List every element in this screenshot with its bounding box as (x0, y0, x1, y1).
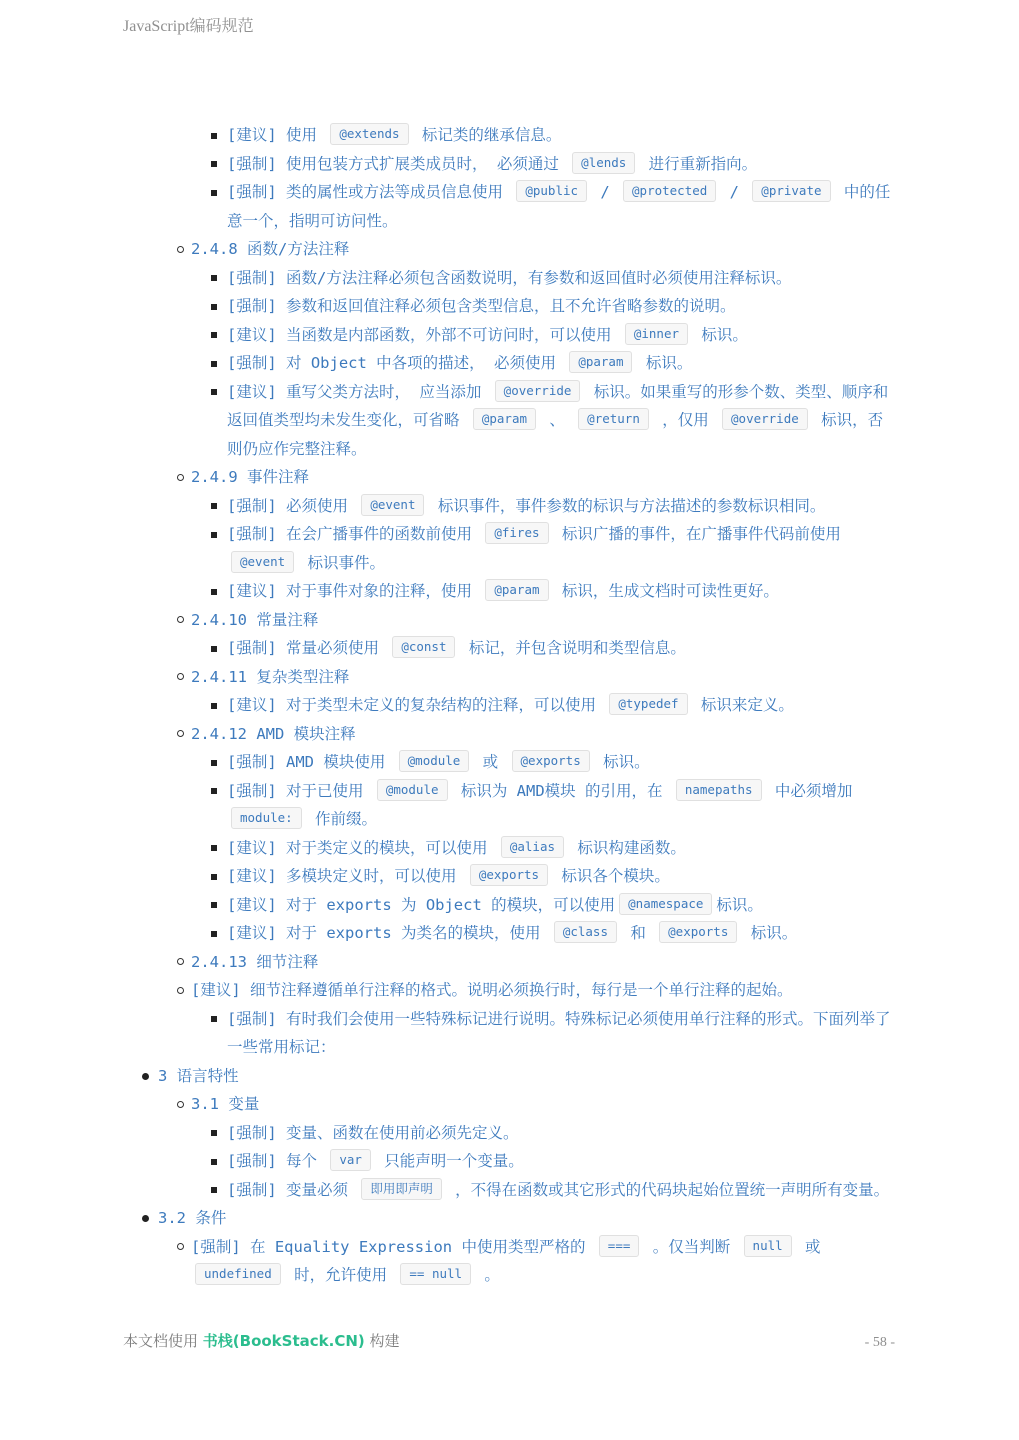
rule-item: [建议] 多模块定义时，可以使用 @exports 标识各个模块。 (123, 862, 895, 891)
square-bullet (211, 874, 217, 880)
square-bullet (211, 361, 217, 367)
rule-item: [强制] 有时我们会使用一些特殊标记进行说明。特殊标记必须使用单行注释的形式。下… (123, 1005, 895, 1062)
circle-bullet (177, 1243, 184, 1250)
rule-item: [强制] 参数和返回值注释必须包含类型信息，且不允许省略参数的说明。 (123, 292, 895, 321)
text-run: 或 (473, 753, 507, 771)
text-run: 标记，并包含说明和类型信息。 (459, 639, 685, 657)
rule-text: [强制] 参数和返回值注释必须包含类型信息，且不允许省略参数的说明。 (227, 297, 736, 315)
text-run: / (720, 183, 748, 201)
square-bullet (211, 788, 217, 794)
rule-text: [强制] 每个 var 只能声明一个变量。 (227, 1152, 524, 1170)
section-heading: 2.4.9 事件注释 (123, 463, 895, 492)
rule-item: [建议] 对于类定义的模块，可以使用 @alias 标识构建函数。 (123, 834, 895, 863)
text-run: 标识广播的事件，在广播事件代码前使用 (553, 525, 841, 543)
rule-text: [强制] 在会广播事件的函数前使用 @fires 标识广播的事件，在广播事件代码… (227, 525, 841, 572)
rule-text: [强制] AMD 模块使用 @module 或 @exports 标识。 (227, 753, 650, 771)
text-run: 、 (540, 411, 574, 429)
text-run: [强制] 函数/方法注释必须包含函数说明，有参数和返回值时必须使用注释标识。 (227, 269, 791, 287)
square-bullet (211, 1159, 217, 1165)
inline-code: @alias (501, 836, 564, 858)
square-bullet (211, 304, 217, 310)
rule-item: [强制] 函数/方法注释必须包含函数说明，有参数和返回值时必须使用注释标识。 (123, 264, 895, 293)
inline-code: === (599, 1235, 640, 1257)
circle-bullet (177, 1101, 184, 1108)
text-run: [建议] 对于类型未定义的复杂结构的注释，可以使用 (227, 696, 605, 714)
rule-text: 2.4.13 细节注释 (191, 953, 318, 971)
text-run: 标识事件，事件参数的标识与方法描述的参数标识相同。 (428, 497, 825, 515)
text-run: 2.4.11 复杂类型注释 (191, 668, 349, 686)
circle-bullet (177, 246, 184, 253)
document-header-title: JavaScript编码规范 (123, 13, 254, 36)
text-run: 标识。 (692, 326, 748, 344)
rule-text: [建议] 对于 exports 为类名的模块，使用 @class 和 @expo… (227, 924, 797, 942)
text-run: [强制] 使用包装方式扩展类成员时， 必须通过 (227, 155, 568, 173)
rule-item: [建议] 对于 exports 为 Object 的模块，可以使用@namesp… (123, 891, 895, 920)
section-heading: 3.1 变量 (123, 1090, 895, 1119)
inline-code: @inner (625, 323, 688, 345)
rule-text: [强制] 有时我们会使用一些特殊标记进行说明。特殊标记必须使用单行注释的形式。下… (227, 1010, 891, 1057)
inline-code: @fires (485, 522, 548, 544)
text-run: 2.4.12 AMD 模块注释 (191, 725, 356, 743)
circle-bullet (177, 958, 184, 965)
text-run: [强制] 常量必须使用 (227, 639, 388, 657)
rule-text: [强制] 对 Object 中各项的描述， 必须使用 @param 标识。 (227, 354, 692, 372)
inline-code: @override (495, 380, 581, 402)
circle-bullet (177, 673, 184, 680)
rule-item: [强制] 类的属性或方法等成员信息使用 @public / @protected… (123, 178, 895, 235)
disc-bullet (142, 1215, 149, 1222)
square-bullet (211, 503, 217, 509)
inline-code: namepaths (676, 779, 762, 801)
rule-text: [建议] 使用 @extends 标记类的继承信息。 (227, 126, 561, 144)
footer-note-prefix: 本文档使用 (123, 1332, 203, 1350)
section-heading: 2.4.11 复杂类型注释 (123, 663, 895, 692)
square-bullet (211, 1187, 217, 1193)
rule-item: [强制] 对 Object 中各项的描述， 必须使用 @param 标识。 (123, 349, 895, 378)
text-run: [建议] 重写父类方法时， 应当添加 (227, 383, 491, 401)
section-heading: 3.2 条件 (123, 1204, 895, 1233)
circle-bullet (177, 730, 184, 737)
inline-code: @module (399, 750, 470, 772)
disc-bullet (142, 1073, 149, 1080)
rule-text: [建议] 当函数是内部函数，外部不可访问时，可以使用 @inner 标识。 (227, 326, 748, 344)
rule-item: [强制] 使用包装方式扩展类成员时， 必须通过 @lends 进行重新指向。 (123, 150, 895, 179)
square-bullet (211, 703, 217, 709)
inline-code: @namespace (619, 893, 712, 915)
text-run: / (591, 183, 619, 201)
text-run: [建议] 对于 exports 为类名的模块，使用 (227, 924, 550, 942)
document-footer: 本文档使用 书栈(BookStack.CN) 构建 - 58 - (123, 1330, 895, 1351)
rule-item: [强制] 变量、函数在使用前必须先定义。 (123, 1119, 895, 1148)
text-run: 标识，生成文档时可读性更好。 (553, 582, 779, 600)
inline-code: @event (361, 494, 424, 516)
text-run: 中必须增加 (766, 782, 853, 800)
rules-list: [建议] 使用 @extends 标记类的继承信息。[强制] 使用包装方式扩展类… (123, 121, 895, 1290)
inline-code: @private (752, 180, 830, 202)
inline-code: @public (516, 180, 587, 202)
rule-item: [强制] 在会广播事件的函数前使用 @fires 标识广播的事件，在广播事件代码… (123, 520, 895, 577)
text-run: [强制] 变量必须 (227, 1181, 357, 1199)
rule-text: [建议] 多模块定义时，可以使用 @exports 标识各个模块。 (227, 867, 670, 885)
rule-text: [强制] 对于已使用 @module 标识为 AMD模块 的引用，在 namep… (227, 782, 852, 829)
rule-text: [强制] 类的属性或方法等成员信息使用 @public / @protected… (227, 183, 890, 230)
inline-code: @extends (330, 123, 408, 145)
square-bullet (211, 389, 217, 395)
inline-code: @event (231, 551, 294, 573)
text-run: 标识。 (636, 354, 692, 372)
inline-code: @param (473, 408, 536, 430)
inline-code: @class (554, 921, 617, 943)
square-bullet (211, 532, 217, 538)
text-run: ，仅用 (653, 411, 718, 429)
inline-code: @param (485, 579, 548, 601)
section-heading: 2.4.12 AMD 模块注释 (123, 720, 895, 749)
text-run: [强制] 类的属性或方法等成员信息使用 (227, 183, 512, 201)
page-number: - 58 - (865, 1335, 895, 1351)
text-run: 标识。 (741, 924, 797, 942)
rule-text: [强制] 在 Equality Expression 中使用类型严格的 === … (191, 1238, 821, 1285)
text-run: [强制] 有时我们会使用一些特殊标记进行说明。特殊标记必须使用单行注释的形式。下… (227, 1010, 891, 1057)
text-run: [强制] 对 Object 中各项的描述， 必须使用 (227, 354, 565, 372)
footer-build-note: 本文档使用 书栈(BookStack.CN) 构建 (123, 1330, 400, 1351)
text-run: [强制] 参数和返回值注释必须包含类型信息，且不允许省略参数的说明。 (227, 297, 736, 315)
rule-text: [强制] 常量必须使用 @const 标记，并包含说明和类型信息。 (227, 639, 686, 657)
rule-item: [强制] 常量必须使用 @const 标记，并包含说明和类型信息。 (123, 634, 895, 663)
text-run: [建议] 多模块定义时，可以使用 (227, 867, 466, 885)
rule-item: [建议] 对于类型未定义的复杂结构的注释，可以使用 @typedef 标识来定义… (123, 691, 895, 720)
rule-text: [建议] 对于事件对象的注释，使用 @param 标识，生成文档时可读性更好。 (227, 582, 779, 600)
text-run: 标记类的继承信息。 (413, 126, 562, 144)
text-run: 标识各个模块。 (552, 867, 670, 885)
rule-item: [强制] 在 Equality Expression 中使用类型严格的 === … (123, 1233, 895, 1290)
inline-code: @const (392, 636, 455, 658)
text-run: 作前缀。 (306, 810, 377, 828)
footer-brand-link[interactable]: 书栈(BookStack.CN) (203, 1332, 365, 1350)
square-bullet (211, 760, 217, 766)
rule-text: [建议] 重写父类方法时， 应当添加 @override 标识。如果重写的形参个… (227, 383, 888, 458)
text-run: 或 (796, 1238, 821, 1256)
text-run: 2.4.9 事件注释 (191, 468, 309, 486)
text-run: [强制] 在会广播事件的函数前使用 (227, 525, 481, 543)
inline-code: @exports (659, 921, 737, 943)
square-bullet (211, 332, 217, 338)
text-run: [强制] 在 Equality Expression 中使用类型严格的 (191, 1238, 595, 1256)
rule-text: 2.4.9 事件注释 (191, 468, 309, 486)
inline-code: @exports (512, 750, 590, 772)
inline-code: == null (400, 1263, 471, 1285)
text-run: 3.2 条件 (158, 1209, 226, 1227)
text-run: [建议] 使用 (227, 126, 326, 144)
text-run: ，不得在函数或其它形式的代码块起始位置统一声明所有变量。 (446, 1181, 889, 1199)
text-run: 时，允许使用 (285, 1266, 397, 1284)
text-run: 3.1 变量 (191, 1095, 259, 1113)
square-bullet (211, 1016, 217, 1022)
circle-bullet (177, 616, 184, 623)
text-run: 标识。 (594, 753, 650, 771)
rule-item: [强制] 对于已使用 @module 标识为 AMD模块 的引用，在 namep… (123, 777, 895, 834)
rule-item: [强制] 必须使用 @event 标识事件，事件参数的标识与方法描述的参数标识相… (123, 492, 895, 521)
text-run: [强制] 对于已使用 (227, 782, 373, 800)
text-run: [强制] AMD 模块使用 (227, 753, 395, 771)
text-run: [建议] 细节注释遵循单行注释的格式。说明必须换行时，每行是一个单行注释的起始。 (191, 981, 793, 999)
inline-code: @return (578, 408, 649, 430)
text-run: 只能声明一个变量。 (375, 1152, 524, 1170)
rule-item: [建议] 当函数是内部函数，外部不可访问时，可以使用 @inner 标识。 (123, 321, 895, 350)
square-bullet (211, 646, 217, 652)
square-bullet (211, 275, 217, 281)
rule-item: [强制] 每个 var 只能声明一个变量。 (123, 1147, 895, 1176)
inline-code: undefined (195, 1263, 281, 1285)
rule-item: [建议] 重写父类方法时， 应当添加 @override 标识。如果重写的形参个… (123, 378, 895, 464)
text-run: 标识事件。 (298, 554, 385, 572)
rule-text: 2.4.8 函数/方法注释 (191, 240, 349, 258)
rule-item: [建议] 对于 exports 为类名的模块，使用 @class 和 @expo… (123, 919, 895, 948)
inline-code: 即用即声明 (361, 1178, 442, 1200)
circle-bullet (177, 474, 184, 481)
inline-code: @module (377, 779, 448, 801)
text-run: 标识来定义。 (692, 696, 794, 714)
inline-code: @param (569, 351, 632, 373)
circle-bullet (177, 987, 184, 994)
inline-code: @protected (623, 180, 716, 202)
square-bullet (211, 1130, 217, 1136)
text-run: [建议] 对于类定义的模块，可以使用 (227, 839, 497, 857)
rule-text: [强制] 函数/方法注释必须包含函数说明，有参数和返回值时必须使用注释标识。 (227, 269, 791, 287)
text-run: [强制] 变量、函数在使用前必须先定义。 (227, 1124, 519, 1142)
inline-code: @exports (470, 864, 548, 886)
square-bullet (211, 133, 217, 139)
inline-code: var (330, 1149, 371, 1171)
text-run: 进行重新指向。 (639, 155, 757, 173)
text-run: 。 (475, 1266, 500, 1284)
rule-text: 2.4.12 AMD 模块注释 (191, 725, 356, 743)
text-run: [建议] 对于事件对象的注释，使用 (227, 582, 481, 600)
inline-code: null (744, 1235, 792, 1257)
rule-text: [建议] 对于类定义的模块，可以使用 @alias 标识构建函数。 (227, 839, 686, 857)
text-run: [建议] 当函数是内部函数，外部不可访问时，可以使用 (227, 326, 621, 344)
footer-note-suffix: 构建 (365, 1332, 400, 1350)
rule-text: [强制] 变量、函数在使用前必须先定义。 (227, 1124, 519, 1142)
rule-text: [强制] 变量必须 即用即声明 ，不得在函数或其它形式的代码块起始位置统一声明所… (227, 1181, 889, 1199)
inline-code: @override (722, 408, 808, 430)
rule-text: [建议] 对于类型未定义的复杂结构的注释，可以使用 @typedef 标识来定义… (227, 696, 794, 714)
square-bullet (211, 931, 217, 937)
rule-text: [建议] 对于 exports 为 Object 的模块，可以使用@namesp… (227, 896, 763, 914)
rule-item: [建议] 细节注释遵循单行注释的格式。说明必须换行时，每行是一个单行注释的起始。 (123, 976, 895, 1005)
rule-text: [建议] 细节注释遵循单行注释的格式。说明必须换行时，每行是一个单行注释的起始。 (191, 981, 793, 999)
inline-code: @typedef (609, 693, 687, 715)
rule-text: 3.2 条件 (158, 1209, 226, 1227)
text-run: [建议] 对于 exports 为 Object 的模块，可以使用 (227, 896, 615, 914)
rule-item: [建议] 使用 @extends 标记类的继承信息。 (123, 121, 895, 150)
text-run: 标识构建函数。 (568, 839, 686, 857)
inline-code: module: (231, 807, 302, 829)
text-run: 2.4.10 常量注释 (191, 611, 318, 629)
square-bullet (211, 161, 217, 167)
text-run: 。仅当判断 (643, 1238, 739, 1256)
rule-item: [强制] 变量必须 即用即声明 ，不得在函数或其它形式的代码块起始位置统一声明所… (123, 1176, 895, 1205)
rule-text: 2.4.10 常量注释 (191, 611, 318, 629)
text-run: 3 语言特性 (158, 1067, 239, 1085)
text-run: 2.4.8 函数/方法注释 (191, 240, 349, 258)
rule-text: 2.4.11 复杂类型注释 (191, 668, 349, 686)
rule-text: 3.1 变量 (191, 1095, 259, 1113)
inline-code: @lends (572, 152, 635, 174)
text-run: 标识。 (716, 896, 763, 914)
square-bullet (211, 190, 217, 196)
rule-item: [建议] 对于事件对象的注释，使用 @param 标识，生成文档时可读性更好。 (123, 577, 895, 606)
text-run: 和 (621, 924, 655, 942)
square-bullet (211, 845, 217, 851)
section-heading: 2.4.8 函数/方法注释 (123, 235, 895, 264)
rule-text: [强制] 使用包装方式扩展类成员时， 必须通过 @lends 进行重新指向。 (227, 155, 757, 173)
square-bullet (211, 589, 217, 595)
text-run: 标识为 AMD模块 的引用，在 (452, 782, 672, 800)
square-bullet (211, 902, 217, 908)
text-run: [强制] 必须使用 (227, 497, 357, 515)
section-heading: 2.4.13 细节注释 (123, 948, 895, 977)
text-run: 2.4.13 细节注释 (191, 953, 318, 971)
section-heading: 3 语言特性 (123, 1062, 895, 1091)
document-page: JavaScript编码规范 [建议] 使用 @extends 标记类的继承信息… (0, 0, 1019, 1440)
section-heading: 2.4.10 常量注释 (123, 606, 895, 635)
rule-text: 3 语言特性 (158, 1067, 239, 1085)
text-run: [强制] 每个 (227, 1152, 326, 1170)
rule-text: [强制] 必须使用 @event 标识事件，事件参数的标识与方法描述的参数标识相… (227, 497, 825, 515)
rule-item: [强制] AMD 模块使用 @module 或 @exports 标识。 (123, 748, 895, 777)
